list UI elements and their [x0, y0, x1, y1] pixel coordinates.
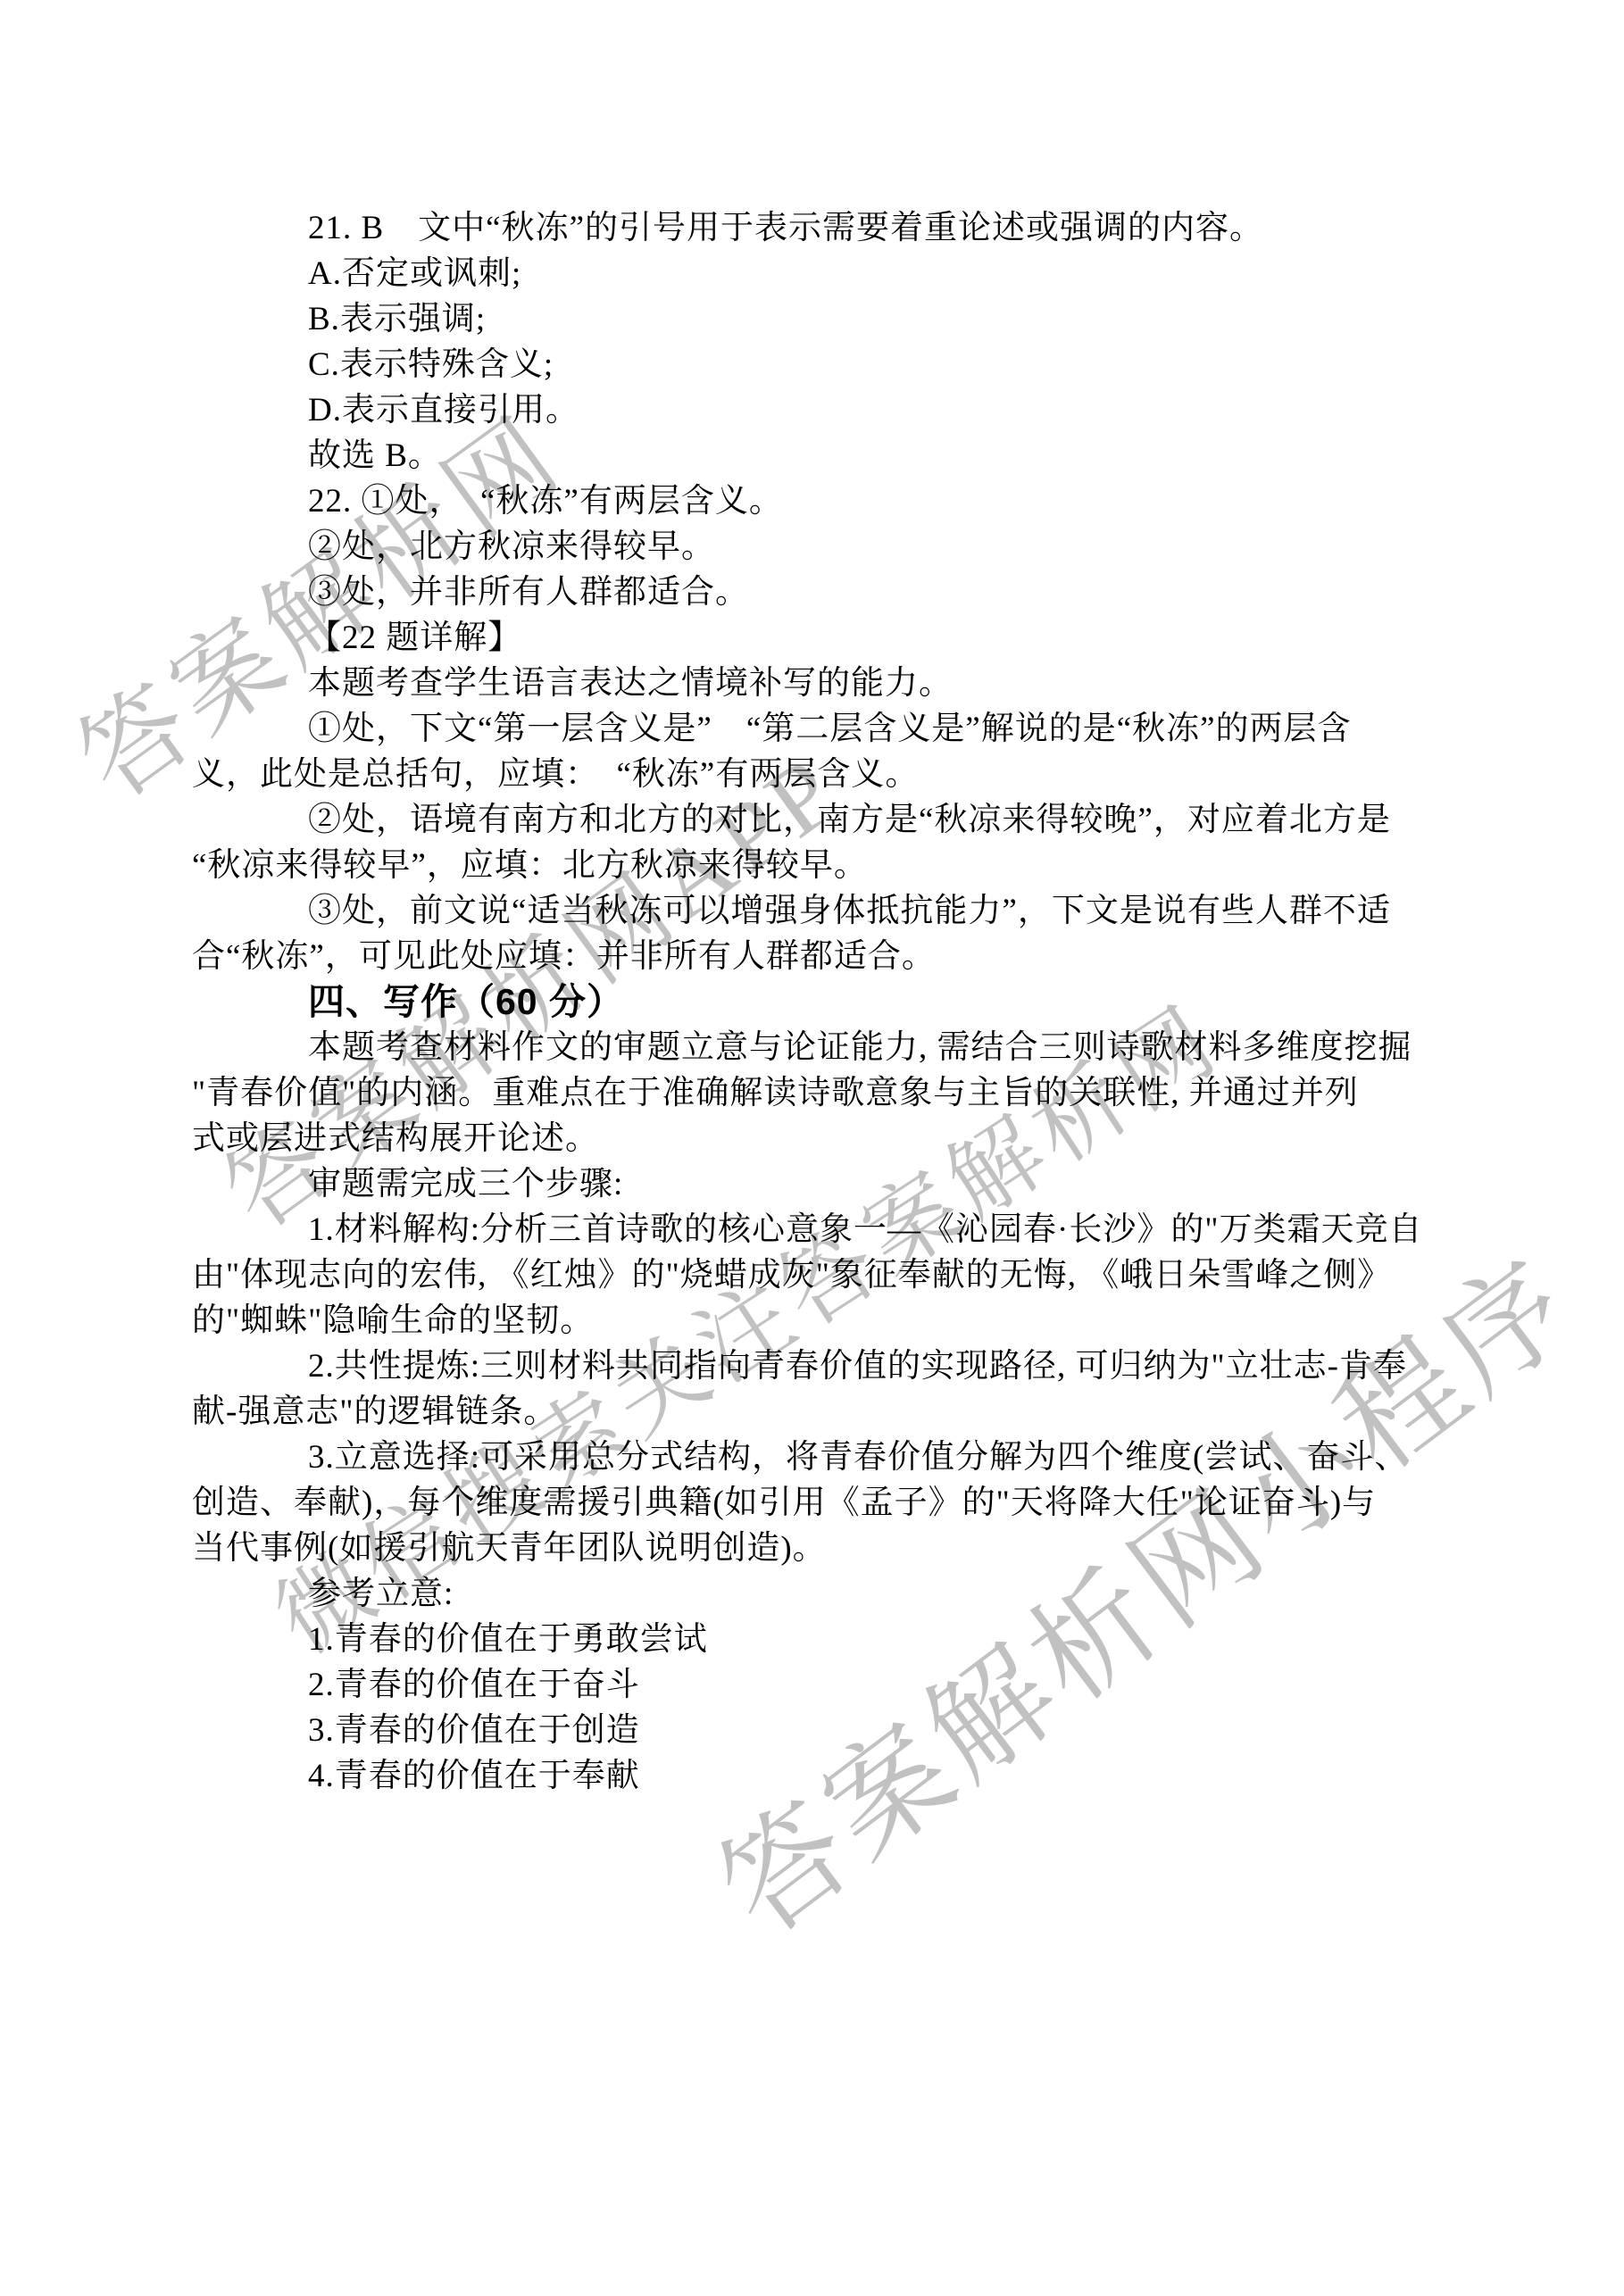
- section-heading: 四、写作（60 分）: [0, 979, 1624, 1025]
- text-line: 义，此处是总括句，应填： “秋冻”有两层含义。: [0, 752, 1624, 797]
- text-line: 21. B 文中“秋冻”的引号用于表示需要着重论述或强调的内容。: [0, 205, 1624, 251]
- text-line: 参考立意:: [0, 1571, 1624, 1617]
- text-line: ③处，前文说“适当秋冻可以增强身体抵抗能力”，下文是说有些人群不适: [0, 888, 1624, 934]
- text-line: 1.青春的价值在于勇敢尝试: [0, 1617, 1624, 1662]
- text-line: 2.共性提炼:三则材料共同指向青春价值的实现路径, 可归纳为"立壮志-肯奉: [0, 1343, 1624, 1389]
- text-line: “秋凉来得较早”，应填：北方秋凉来得较早。: [0, 843, 1624, 888]
- document-body: 21. B 文中“秋冻”的引号用于表示需要着重论述或强调的内容。A.否定或讽刺;…: [0, 205, 1624, 1799]
- text-line: A.否定或讽刺;: [0, 251, 1624, 296]
- text-line: 式或层进式结构展开论述。: [0, 1116, 1624, 1161]
- text-line: 本题考查材料作文的审题立意与论证能力, 需结合三则诗歌材料多维度挖掘: [0, 1025, 1624, 1070]
- text-line: 当代事例(如援引航天青年团队说明创造)。: [0, 1526, 1624, 1571]
- text-line: ②处，北方秋凉来得较早。: [0, 524, 1624, 570]
- text-line: ②处，语境有南方和北方的对比，南方是“秋凉来得较晚”，对应着北方是: [0, 797, 1624, 843]
- text-line: 【22 题详解】: [0, 615, 1624, 661]
- text-line: 献-强意志"的逻辑链条。: [0, 1389, 1624, 1435]
- text-line: 4.青春的价值在于奉献: [0, 1753, 1624, 1799]
- text-line: "青春价值"的内涵。重难点在于准确解读诗歌意象与主旨的关联性, 并通过并列: [0, 1070, 1624, 1116]
- text-line: 由"体现志向的宏伟, 《红烛》的"烧蜡成灰"象征奉献的无悔, 《峨日朵雪峰之侧》: [0, 1252, 1624, 1298]
- text-line: 合“秋冻”，可见此处应填：并非所有人群都适合。: [0, 934, 1624, 979]
- text-line: 创造、奉献)，每个维度需援引典籍(如引用《孟子》的"天将降大任"论证奋斗)与: [0, 1480, 1624, 1526]
- text-line: C.表示特殊含义;: [0, 342, 1624, 387]
- text-line: 审题需完成三个步骤:: [0, 1161, 1624, 1207]
- text-line: ①处，下文“第一层含义是” “第二层含义是”解说的是“秋冻”的两层含: [0, 706, 1624, 752]
- text-line: B.表示强调;: [0, 296, 1624, 342]
- text-line: ③处，并非所有人群都适合。: [0, 570, 1624, 615]
- text-line: 3.青春的价值在于创造: [0, 1708, 1624, 1753]
- text-line: 1.材料解构:分析三首诗歌的核心意象一—《沁园春·长沙》的"万类霜天竞自: [0, 1207, 1624, 1252]
- text-line: 故选 B。: [0, 433, 1624, 478]
- document-page: 答案解析网答案解析网APP微信搜索关注答案解析网答案解析网小程序 21. B 文…: [0, 0, 1624, 2296]
- text-line: 的"蜘蛛"隐喻生命的坚韧。: [0, 1298, 1624, 1343]
- text-line: 3.立意选择:可采用总分式结构，将青春价值分解为四个维度(尝试、奋斗、: [0, 1435, 1624, 1480]
- text-line: D.表示直接引用。: [0, 387, 1624, 433]
- text-line: 22. ①处， “秋冻”有两层含义。: [0, 478, 1624, 524]
- text-line: 2.青春的价值在于奋斗: [0, 1662, 1624, 1708]
- text-line: 本题考查学生语言表达之情境补写的能力。: [0, 661, 1624, 706]
